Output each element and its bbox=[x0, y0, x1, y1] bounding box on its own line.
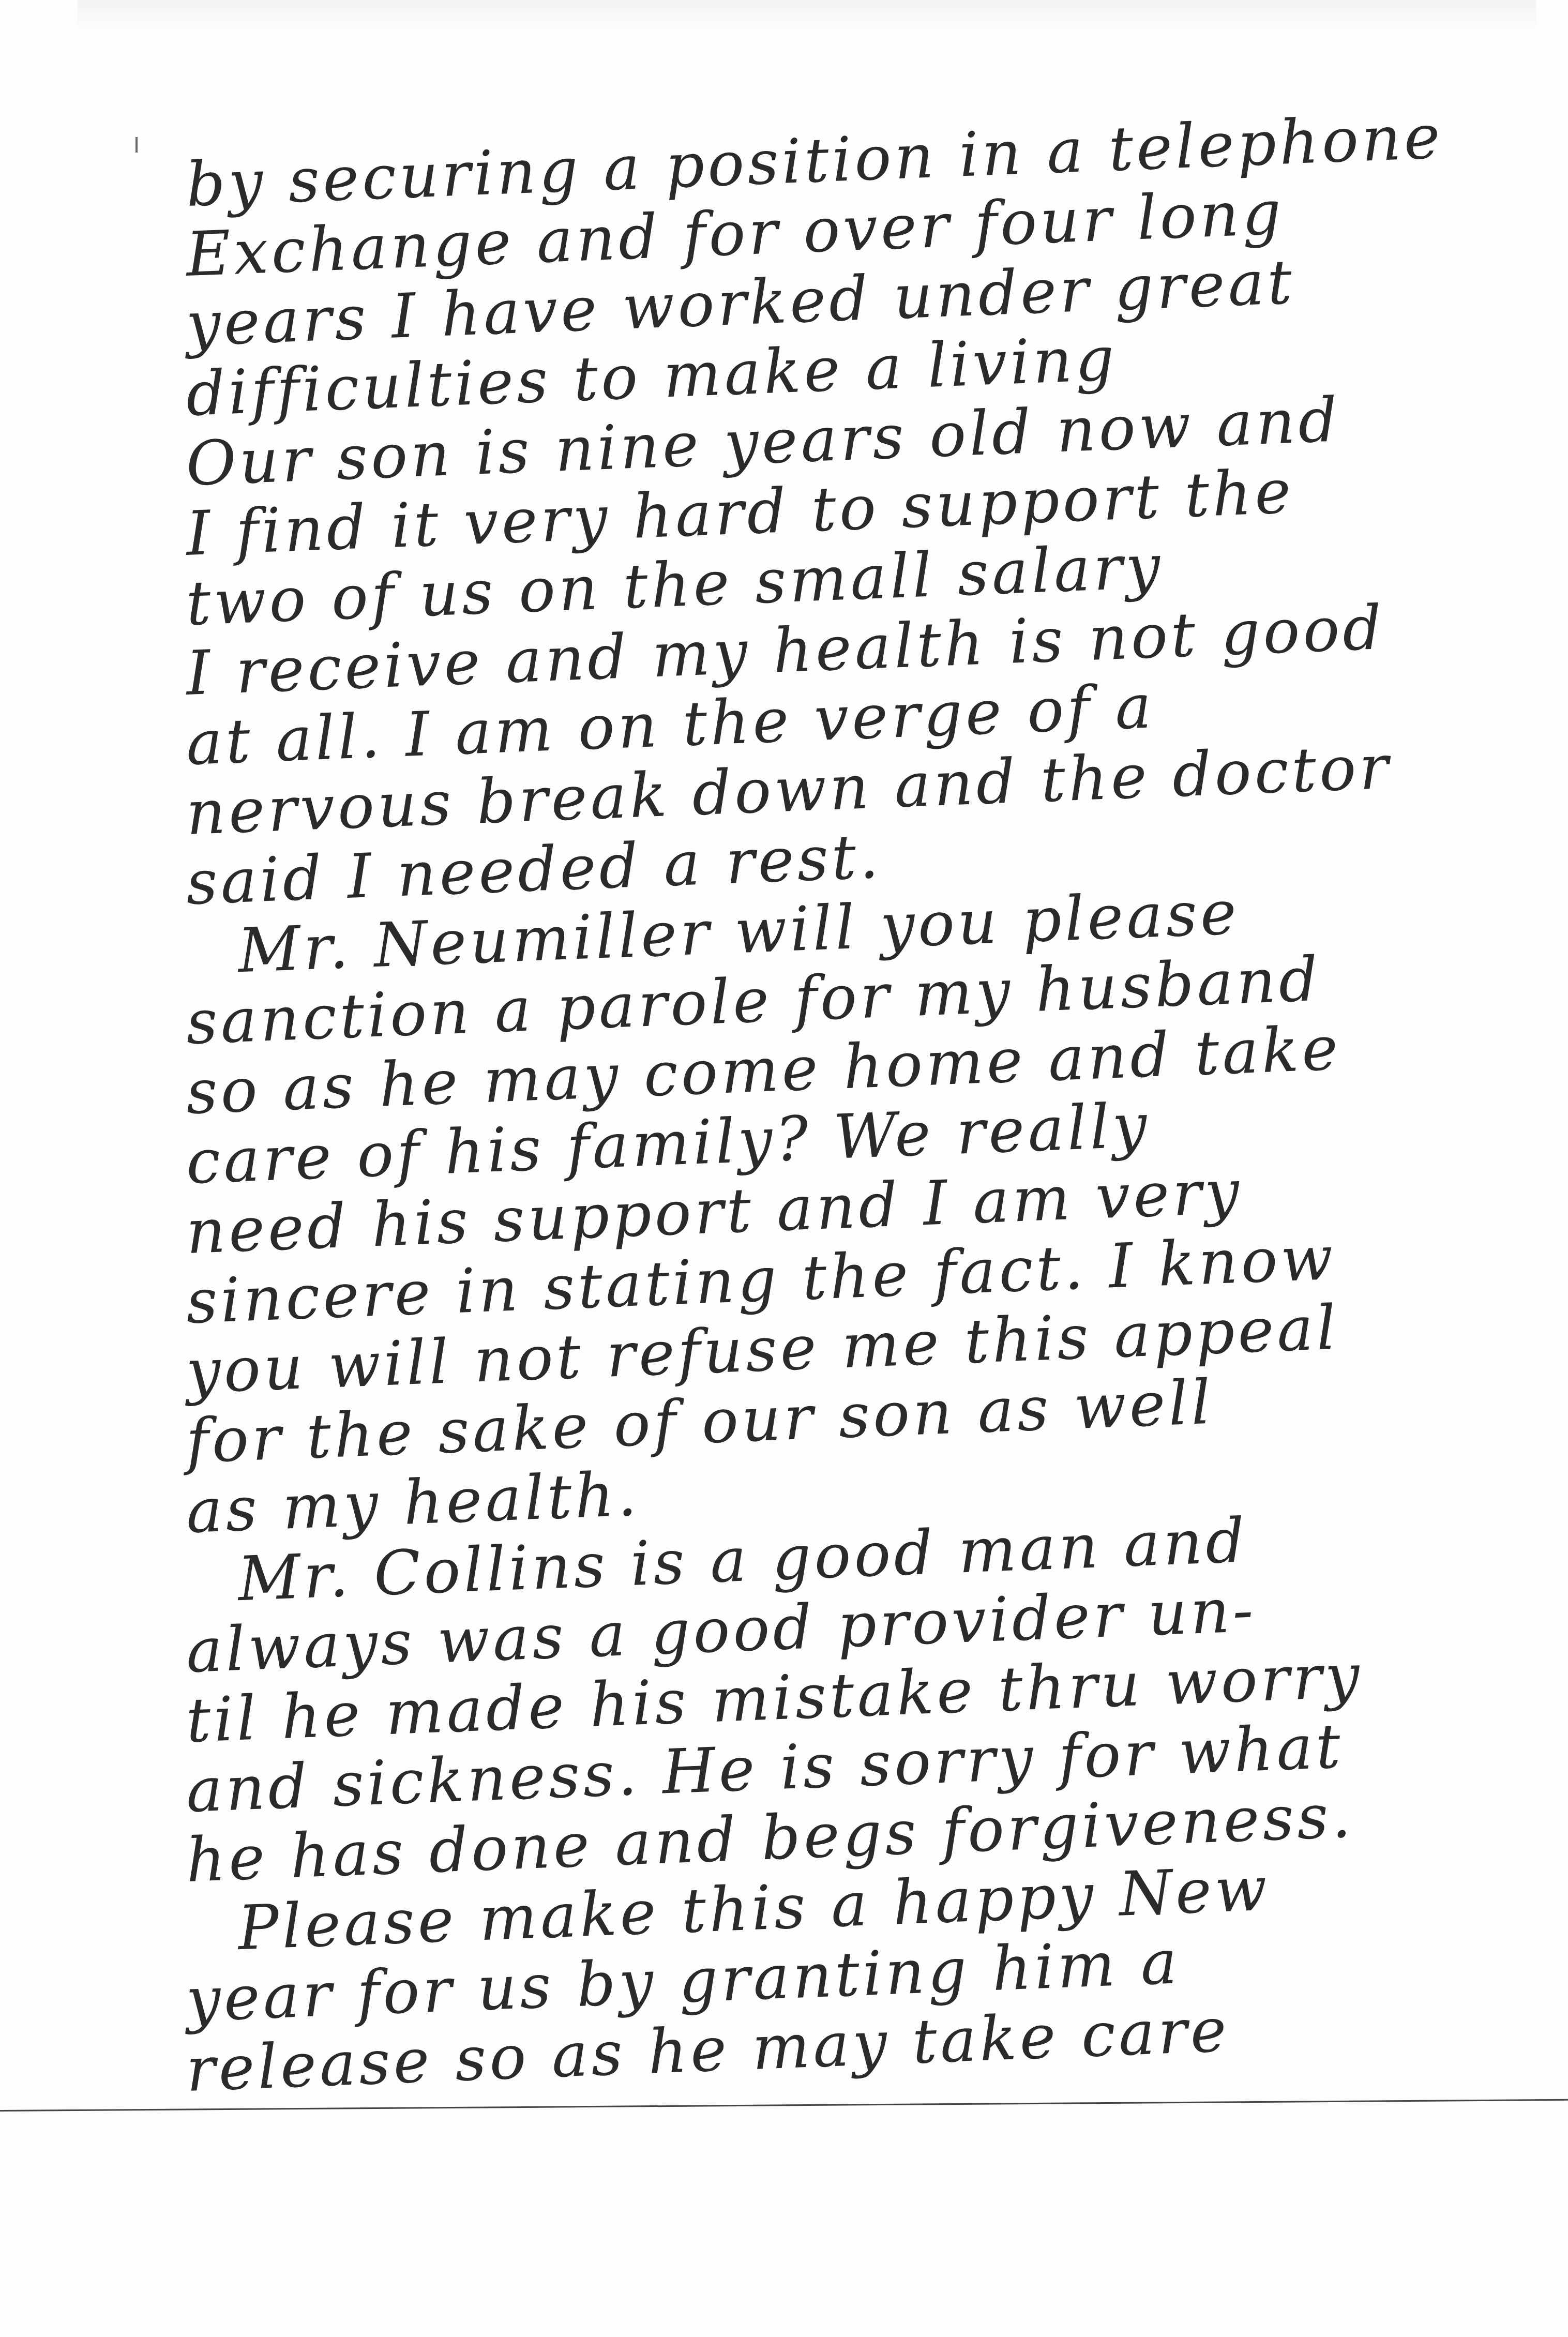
scanned-letter-page: by securing a position in a telephoneExc… bbox=[0, 0, 1568, 2337]
handwritten-letter-body: by securing a position in a telephoneExc… bbox=[186, 150, 1510, 2105]
margin-mark bbox=[135, 137, 138, 153]
scan-artifact bbox=[78, 0, 1536, 31]
